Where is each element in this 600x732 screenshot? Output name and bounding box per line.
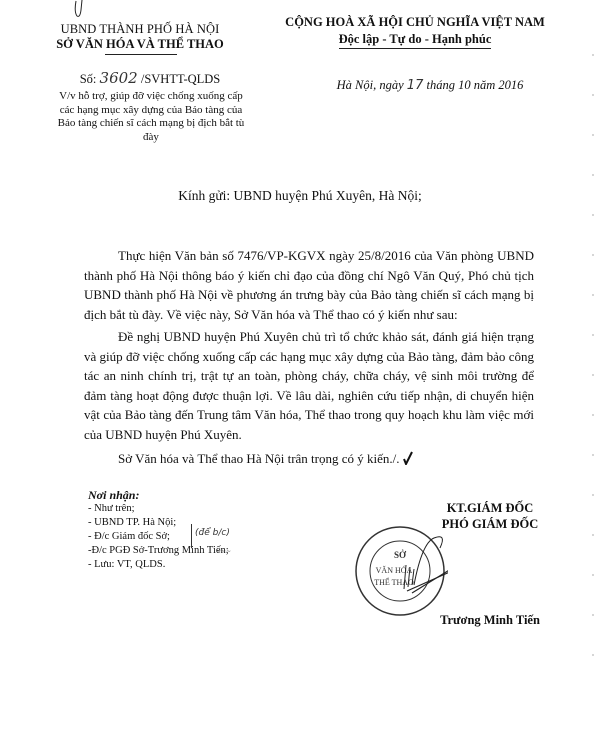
svg-text:VĂN HÓA: VĂN HÓA (376, 565, 413, 575)
paragraph-1: Thực hiện Văn bản số 7476/VP-KGVX ngày 2… (84, 246, 534, 324)
date-line: Hà Nội, ngày 17 tháng 10 năm 2016 (300, 78, 560, 93)
issuing-authority: UBND THÀNH PHỐ HÀ NỘI SỞ VĂN HÓA VÀ THỂ … (40, 8, 240, 52)
official-stamp-icon: SỞ VĂN HÓA THỂ THAO (352, 523, 448, 619)
distribution-item: - Đ/c Giám đốc Sở; (88, 530, 288, 544)
authority-line2-text: SỞ VĂN HÓA VÀ THỂ THAO (56, 37, 224, 51)
subject-line: V/v hỗ trợ, giúp đỡ việc chống xuống cấp… (56, 90, 246, 144)
distribution-item: -Đ/c PGĐ Sở-Trương Minh Tiến; (88, 544, 288, 558)
number-prefix: Số: (80, 72, 100, 86)
closing-text: Sở Văn hóa và Thể thao Hà Nội trân trọng… (118, 451, 400, 466)
distribution-item: - UBND TP. Hà Nội; (88, 516, 288, 530)
national-motto: Độc lập - Tự do - Hạnh phúc (339, 32, 492, 49)
date-prefix: Hà Nội, ngày (337, 78, 407, 92)
svg-text:SỞ: SỞ (394, 550, 407, 560)
document-number: Số: 3602 /SVHTT-QLDS (40, 69, 260, 87)
signer-name: Trương Minh Tiến (400, 613, 580, 628)
signature-line1: KT.GIÁM ĐỐC (400, 500, 580, 516)
national-title: CỘNG HOÀ XÃ HỘI CHỦ NGHĨA VIỆT NAM (250, 15, 580, 30)
paragraph-2: Đề nghị UBND huyện Phú Xuyên chủ trì tổ … (84, 327, 534, 444)
distribution-item: - Như trên; (88, 502, 288, 516)
authority-line2: SỞ VĂN HÓA VÀ THỂ THAO (40, 37, 240, 52)
bracket-note: (để b/c) (195, 526, 230, 540)
scan-edge-artifact (592, 40, 594, 680)
distribution-title: Nơi nhận: (88, 488, 288, 502)
national-header: CỘNG HOÀ XÃ HỘI CHỦ NGHĨA VIỆT NAM Độc l… (250, 15, 580, 49)
bracket-line (191, 524, 192, 548)
distribution-list: Nơi nhận: - Như trên; - UBND TP. Hà Nội;… (88, 488, 288, 572)
authority-line1: UBND THÀNH PHỐ HÀ NỘI (40, 22, 240, 37)
initial-mark-icon (403, 451, 413, 465)
authority-underline (105, 54, 177, 55)
date-day-handwritten: 17 (407, 78, 424, 93)
date-suffix: tháng 10 năm 2016 (423, 78, 523, 92)
paragraph-3: Sở Văn hóa và Thể thao Hà Nội trân trọng… (118, 449, 538, 469)
distribution-item: - Lưu: VT, QLDS. (88, 558, 288, 572)
recipient-line: Kính gửi: UBND huyện Phú Xuyên, Hà Nội; (0, 188, 600, 204)
number-suffix: /SVHTT-QLDS (138, 72, 221, 86)
number-handwritten: 3602 (100, 69, 138, 87)
handwritten-scribble: ~~~ (216, 545, 231, 559)
